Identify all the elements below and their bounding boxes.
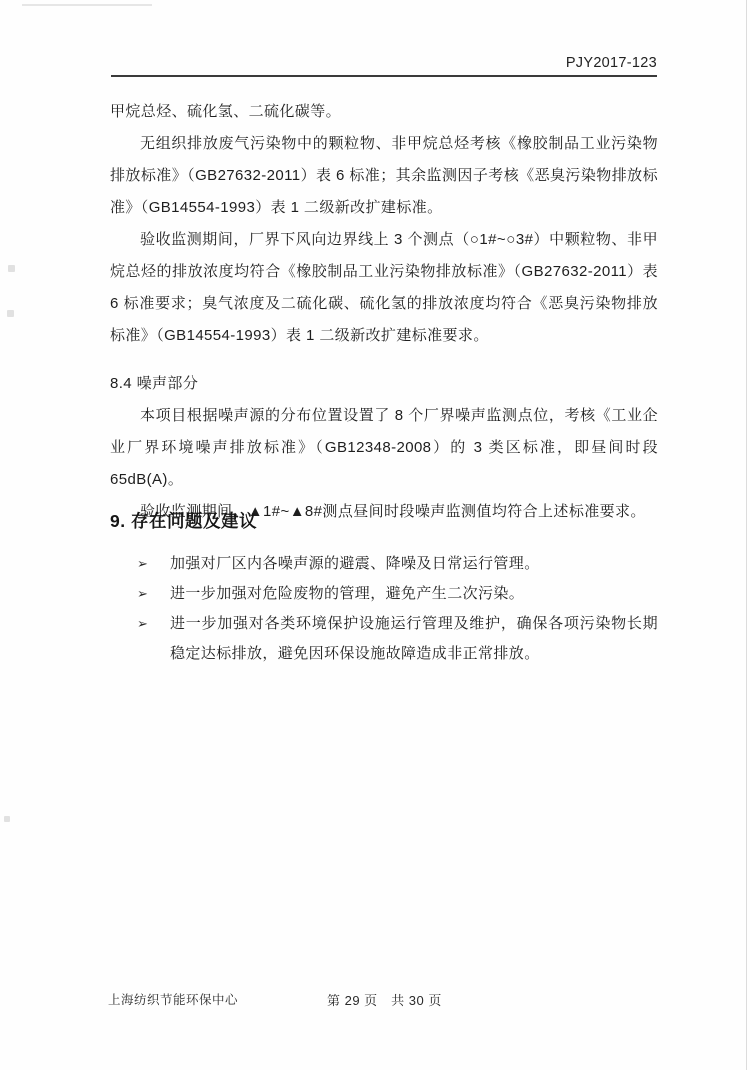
paragraph: 本项目根据噪声源的分布位置设置了 8 个厂界噪声监测点位，考核《工业企业厂界环境… <box>110 400 658 496</box>
scan-artifact-top-streak <box>22 4 152 6</box>
bullet-text: 进一步加强对危险废物的管理，避免产生二次污染。 <box>170 585 524 602</box>
arrow-bullet-icon: ➢ <box>137 579 148 609</box>
scan-artifact-dot <box>7 310 14 317</box>
bullet-item: ➢ 进一步加强对各类环境保护设施运行管理及维护，确保各项污染物长期稳定达标排放，… <box>110 609 658 669</box>
scan-artifact-dot <box>4 816 10 822</box>
header-rule <box>111 75 657 77</box>
footer-organization: 上海纺织节能环保中心 <box>108 990 238 1008</box>
section-heading-noise: 8.4 噪声部分 <box>110 368 658 400</box>
section-issues: 9. 存在问题及建议 ➢ 加强对厂区内各噪声源的避震、降噪及日常运行管理。 ➢ … <box>110 506 658 669</box>
section-noise: 8.4 噪声部分 本项目根据噪声源的分布位置设置了 8 个厂界噪声监测点位，考核… <box>110 368 658 528</box>
body-text: 甲烷总烃、硫化氢、二硫化碳等。 无组织排放废气污染物中的颗粒物、非甲烷总烃考核《… <box>110 96 658 352</box>
document-page: PJY2017-123 甲烷总烃、硫化氢、二硫化碳等。 无组织排放废气污染物中的… <box>0 0 750 1070</box>
paragraph-continuation: 甲烷总烃、硫化氢、二硫化碳等。 <box>110 96 658 128</box>
bullet-text: 加强对厂区内各噪声源的避震、降噪及日常运行管理。 <box>170 555 540 572</box>
scan-artifact-dot <box>8 265 15 272</box>
bullet-item: ➢ 加强对厂区内各噪声源的避震、降噪及日常运行管理。 <box>110 549 658 579</box>
arrow-bullet-icon: ➢ <box>137 549 148 579</box>
doc-number: PJY2017-123 <box>110 55 657 71</box>
paragraph: 无组织排放废气污染物中的颗粒物、非甲烷总烃考核《橡胶制品工业污染物排放标准》（G… <box>110 128 658 224</box>
scan-artifact-right-edge <box>746 0 747 1070</box>
bullet-text: 进一步加强对各类环境保护设施运行管理及维护，确保各项污染物长期稳定达标排放，避免… <box>170 615 658 662</box>
footer-page-number: 第 29 页 共 30 页 <box>327 990 442 1009</box>
paragraph: 验收监测期间，厂界下风向边界线上 3 个测点（○1#~○3#）中颗粒物、非甲烷总… <box>110 224 658 352</box>
bullet-item: ➢ 进一步加强对危险废物的管理，避免产生二次污染。 <box>110 579 658 609</box>
arrow-bullet-icon: ➢ <box>137 609 148 639</box>
recommendation-list: ➢ 加强对厂区内各噪声源的避震、降噪及日常运行管理。 ➢ 进一步加强对危险废物的… <box>110 549 658 669</box>
section-heading-issues: 9. 存在问题及建议 <box>110 506 658 536</box>
